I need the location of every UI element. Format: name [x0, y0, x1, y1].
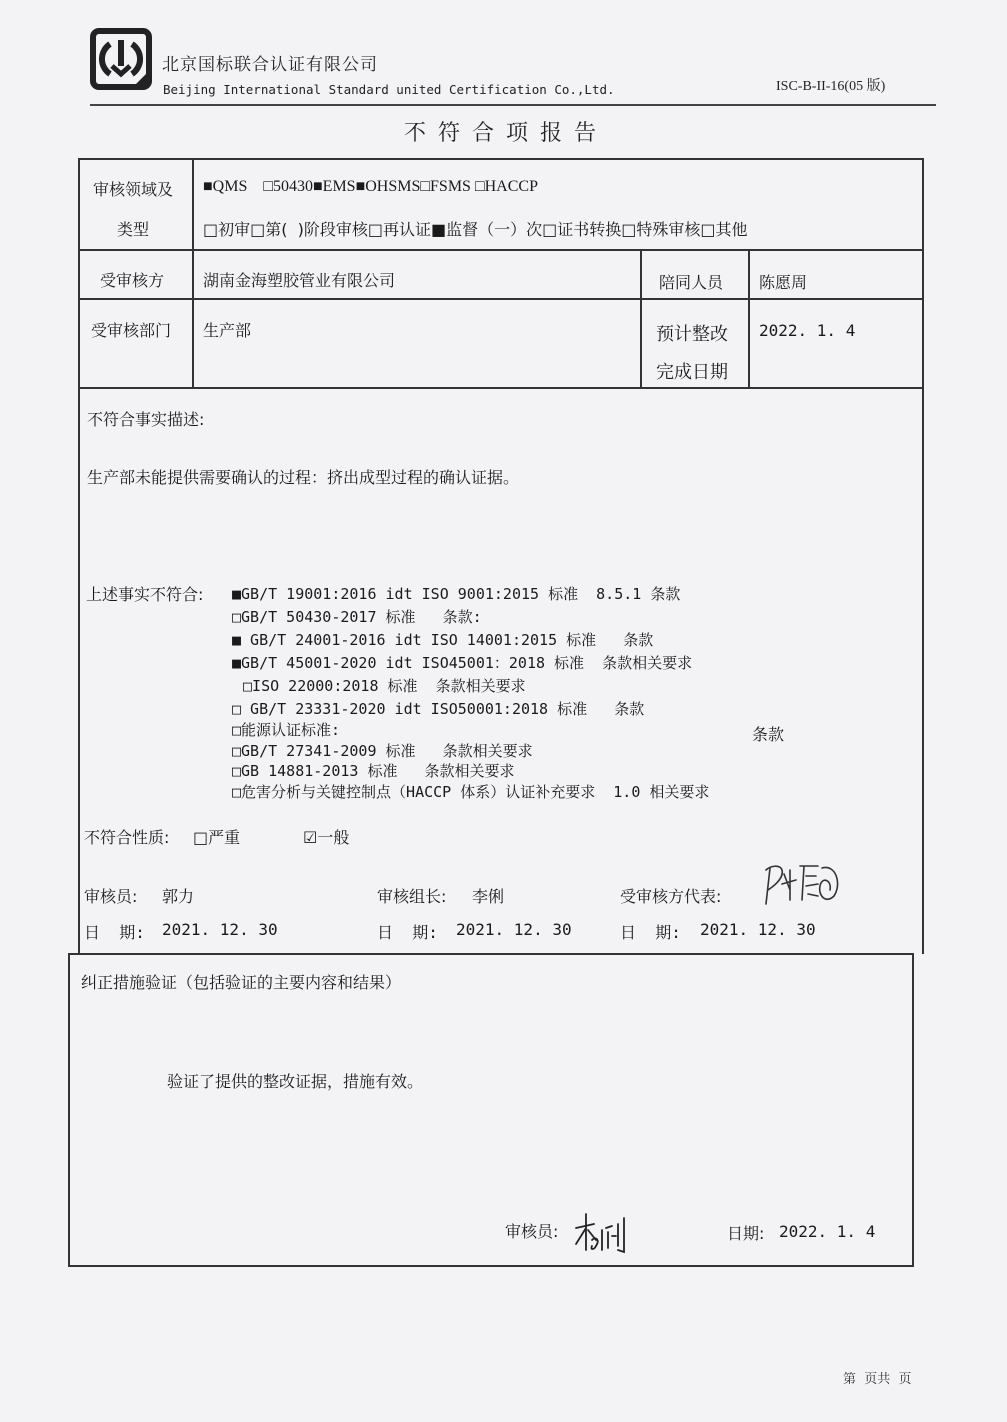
escort-value: 陈愿周	[759, 270, 807, 293]
audit-type-checkboxes[interactable]: □初审□第( )阶段审核□再认证■监督（一）次□证书转换□特殊审核□其他	[203, 217, 747, 240]
header-divider	[90, 104, 936, 106]
clause-item[interactable]: ■GB/T 19001:2016 idt ISO 9001:2015 标准 8.…	[232, 583, 680, 604]
nc-description-label: 不符合事实描述:	[87, 407, 204, 430]
due-date-value: 2022. 1. 4	[759, 321, 855, 340]
table-border-right	[912, 953, 914, 1266]
department-value: 生产部	[203, 318, 251, 341]
verification-date-label: 日期:	[727, 1221, 764, 1244]
verification-auditor-signature-icon	[572, 1210, 632, 1256]
company-name-en: Beijing International Standard united Ce…	[163, 82, 615, 97]
department-label: 受审核部门	[91, 318, 171, 341]
team-leader-name: 李俐	[472, 884, 504, 907]
column-divider	[192, 158, 194, 389]
clause-item-suffix: 条款	[752, 722, 784, 745]
document-title: 不符合项报告	[404, 116, 608, 147]
severity-label: 不符合性质:	[84, 825, 169, 848]
verification-auditor-label: 审核员:	[505, 1219, 558, 1242]
audit-scope-label-1: 审核领域及	[93, 177, 173, 200]
clause-item[interactable]: □危害分析与关键控制点（HACCP 体系）认证补充要求 1.0 相关要求	[232, 781, 709, 802]
clause-item[interactable]: □GB/T 50430-2017 标准 条款:	[232, 606, 482, 627]
row-divider	[78, 249, 924, 251]
team-leader-label: 审核组长:	[377, 884, 446, 907]
auditee-label: 受审核方	[100, 268, 164, 291]
nc-description-text: 生产部未能提供需要确认的过程：挤出成型过程的确认证据。	[87, 465, 519, 488]
table-border-right	[922, 158, 924, 954]
clause-item[interactable]: ■GB/T 45001-2020 idt ISO45001：2018 标准 条款…	[232, 652, 692, 673]
company-name-cn: 北京国标联合认证有限公司	[162, 50, 378, 75]
clause-item[interactable]: □GB 14881-2013 标准 条款相关要求	[232, 760, 515, 781]
auditor-date: 2021. 12. 30	[162, 920, 278, 939]
column-divider	[748, 249, 750, 389]
logo-icon	[90, 28, 152, 90]
severity-general-checkbox[interactable]: ☑一般	[303, 825, 349, 848]
rep-date-label: 日 期:	[620, 920, 681, 943]
leader-date-label: 日 期:	[377, 920, 438, 943]
verification-date: 2022. 1. 4	[779, 1222, 875, 1241]
clause-item[interactable]: □GB/T 27341-2009 标准 条款相关要求	[232, 740, 533, 761]
table-border-left	[68, 953, 70, 1266]
verification-label: 纠正措施验证（包括验证的主要内容和结果）	[81, 970, 401, 993]
clause-item[interactable]: □ISO 22000:2018 标准 条款相关要求	[234, 675, 526, 696]
table-border-left	[78, 158, 80, 954]
row-divider	[78, 387, 924, 389]
auditor-name: 郭力	[162, 884, 194, 907]
clause-item[interactable]: □ GB/T 23331-2020 idt ISO50001:2018 标准 条…	[232, 698, 644, 719]
escort-label: 陪同人员	[659, 270, 723, 293]
page-number: 第 页共 页	[843, 1368, 912, 1387]
rep-date: 2021. 12. 30	[700, 920, 816, 939]
due-date-label-1: 预计整改	[656, 320, 728, 346]
table-border-bottom	[68, 1265, 914, 1267]
row-divider	[68, 953, 914, 955]
clause-item[interactable]: □能源认证标准:	[232, 719, 340, 740]
row-divider	[78, 298, 924, 300]
auditor-date-label: 日 期:	[84, 920, 145, 943]
leader-date: 2021. 12. 30	[456, 920, 572, 939]
verification-result: 验证了提供的整改证据，措施有效。	[167, 1069, 423, 1092]
auditee-value: 湖南金海塑胶管业有限公司	[203, 268, 395, 291]
nc-clause-label: 上述事实不符合:	[86, 582, 203, 605]
auditee-rep-label: 受审核方代表:	[620, 884, 721, 907]
severity-serious-checkbox[interactable]: □严重	[193, 825, 240, 848]
auditor-label: 审核员:	[84, 884, 137, 907]
form-code: ISC-B-II-16(05 版)	[776, 75, 885, 95]
audit-systems-checkboxes[interactable]: ■QMS □50430■EMS■OHSMS□FSMS □HACCP	[203, 178, 538, 196]
company-logo	[90, 28, 152, 90]
auditee-rep-signature-icon	[760, 860, 844, 908]
due-date-label-2: 完成日期	[656, 358, 728, 384]
column-divider	[640, 249, 642, 389]
audit-scope-label-2: 类型	[117, 217, 149, 240]
table-border-top	[78, 158, 924, 160]
clause-item[interactable]: ■ GB/T 24001-2016 idt ISO 14001:2015 标准 …	[232, 629, 653, 650]
